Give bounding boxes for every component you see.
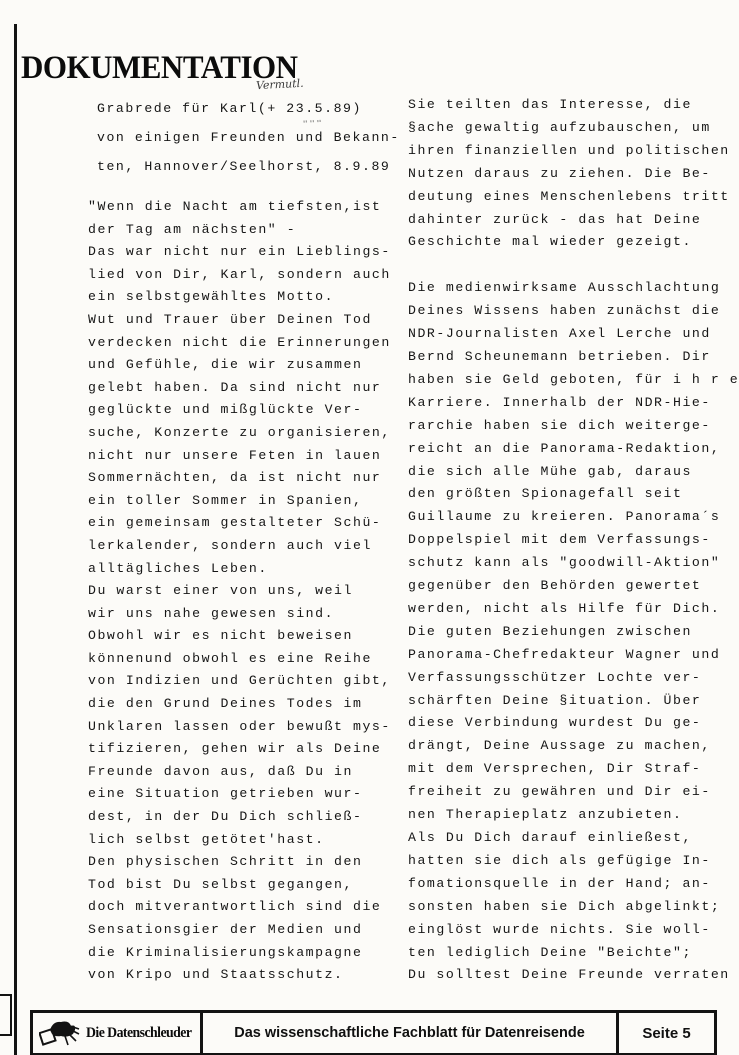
text-line: von einigen Freunden und Bekann- [97,123,400,152]
text-line: Grabrede für Karl(+ 23.5.89) [97,94,400,123]
text-line: ten, Hannover/Seelhorst, 8.9.89 [97,152,400,181]
text-line: von Indizien und Gerüchten gibt, [88,670,408,693]
text-line: ihren finanziellen und politischen [408,140,738,163]
text-line: Obwohl wir es nicht beweisen [88,625,408,648]
datenschleuder-hand-icon [39,1018,83,1048]
text-line: Du solltest Deine Freunde verraten [408,964,738,987]
text-line: schutz kann als "goodwill-Aktion" [408,552,738,575]
text-line: den größten Spionagefall seit [408,483,738,506]
text-line: eine Situation getrieben wur- [88,783,408,806]
right-text-column: Sie teilten das Interesse, die§ache gewa… [408,94,738,987]
text-line: freiheit zu gewähren und Dir ei- [408,781,738,804]
text-line: ein selbstgewähltes Motto. [88,286,408,309]
text-line: dest, in der Du Dich schließ- [88,806,408,829]
magazine-logo: Die Datenschleuder [33,1013,203,1053]
text-line: geglückte und mißglückte Ver- [88,399,408,422]
text-line: Sensationsgier der Medien und [88,919,408,942]
text-line: reicht an die Panorama-Redaktion, [408,438,738,461]
text-line: Das war nicht nur ein Lieblings- [88,241,408,264]
text-line: werden, nicht als Hilfe für Dich. [408,598,738,621]
text-line: Du warst einer von uns, weil [88,580,408,603]
text-line: von Kripo und Staatsschutz. [88,964,408,987]
text-line: Doppelspiel mit dem Verfassungs- [408,529,738,552]
text-line: nicht nur unsere Feten in lauen [88,445,408,468]
magazine-name: Die Datenschleuder [86,1025,191,1042]
text-line: Guillaume zu kreieren. Panorama´s [408,506,738,529]
text-line: lich selbst getötet'hast. [88,829,408,852]
text-line: Die medienwirksame Ausschlachtung [408,277,738,300]
text-line: ein toller Sommer in Spanien, [88,490,408,513]
text-line: NDR-Journalisten Axel Lerche und [408,323,738,346]
footer-bar: Die Datenschleuder Das wissenschaftliche… [30,1010,717,1055]
text-line: wir uns nahe gewesen sind. [88,603,408,626]
text-line: Die guten Beziehungen zwischen [408,621,738,644]
magazine-tagline: Das wissenschaftliche Fachblatt für Date… [203,1013,619,1053]
text-line: lied von Dir, Karl, sondern auch [88,264,408,287]
text-line: ein gemeinsam gestalteter Schü- [88,512,408,535]
text-line: ten lediglich Deine "Beichte"; [408,942,738,965]
text-line: haben sie Geld geboten, für i h r e [408,369,738,392]
left-margin-rule [14,24,17,1055]
text-line: Verfassungsschützer Lochte ver- [408,667,738,690]
text-line: deutung eines Menschenlebens tritt [408,186,738,209]
text-line: und Gefühle, die wir zusammen [88,354,408,377]
text-line: alltägliches Leben. [88,558,408,581]
text-line: der Tag am nächsten" - [88,219,408,242]
text-line: schärften Deine §ituation. Über [408,690,738,713]
text-line: Panorama-Chefredakteur Wagner und [408,644,738,667]
text-line: fomationsquelle in der Hand; an- [408,873,738,896]
text-line: tifizieren, gehen wir als Deine [88,738,408,761]
left-text-column: "Wenn die Nacht am tiefsten,istder Tag a… [88,196,408,987]
text-line: Nutzen daraus zu ziehen. Die Be- [408,163,738,186]
text-line: Den physischen Schritt in den [88,851,408,874]
text-line: mit dem Versprechen, Dir Straf- [408,758,738,781]
left-edge-box-fragment [0,994,12,1036]
text-line: die den Grund Deines Todes im [88,693,408,716]
text-line: Freunde davon aus, daß Du in [88,761,408,784]
text-line: "Wenn die Nacht am tiefsten,ist [88,196,408,219]
text-line: sonsten haben sie Dich abgelinkt; [408,896,738,919]
text-line: Karriere. Innerhalb der NDR-Hie- [408,392,738,415]
text-line: hatten sie dich als gefügige In- [408,850,738,873]
text-line: drängt, Deine Aussage zu machen, [408,735,738,758]
text-line: suche, Konzerte zu organisieren, [88,422,408,445]
text-line: die Kriminalisierungskampagne [88,942,408,965]
text-line: verdecken nicht die Erinnerungen [88,332,408,355]
text-line: doch mitverantwortlich sind die [88,896,408,919]
handwritten-annotation: Vermutl. [256,77,304,92]
text-line: gelebt haben. Da sind nicht nur [88,377,408,400]
text-line: Unklaren lassen oder bewußt mys- [88,716,408,739]
text-line: lerkalender, sondern auch viel [88,535,408,558]
text-line: einglöst wurde nichts. Sie woll- [408,919,738,942]
page-number: Seite 5 [619,1013,714,1053]
text-line: Wut und Trauer über Deinen Tod [88,309,408,332]
text-line: Geschichte mal wieder gezeigt. [408,231,738,254]
text-line: Tod bist Du selbst gegangen, [88,874,408,897]
text-line: §ache gewaltig aufzubauschen, um [408,117,738,140]
text-line: Bernd Scheunemann betrieben. Dir [408,346,738,369]
text-line: könnenund obwohl es eine Reihe [88,648,408,671]
text-line: diese Verbindung wurdest Du ge- [408,712,738,735]
text-line: Als Du Dich darauf einließest, [408,827,738,850]
text-line: Sommernächten, da ist nicht nur [88,467,408,490]
text-line: Sie teilten das Interesse, die [408,94,738,117]
text-line: die sich alle Mühe gab, daraus [408,461,738,484]
text-line: gegenüber den Behörden gewertet [408,575,738,598]
text-line: Deines Wissens haben zunächst die [408,300,738,323]
text-line: dahinter zurück - das hat Deine [408,209,738,232]
scanned-document-page: { "title": "DOKUMENTATION", "annotations… [0,0,739,1055]
text-line [408,254,738,277]
eulogy-header: Grabrede für Karl(+ 23.5.89)von einigen … [97,94,400,181]
text-line: nen Therapieplatz anzubieten. [408,804,738,827]
text-line: rarchie haben sie dich weiterge- [408,415,738,438]
